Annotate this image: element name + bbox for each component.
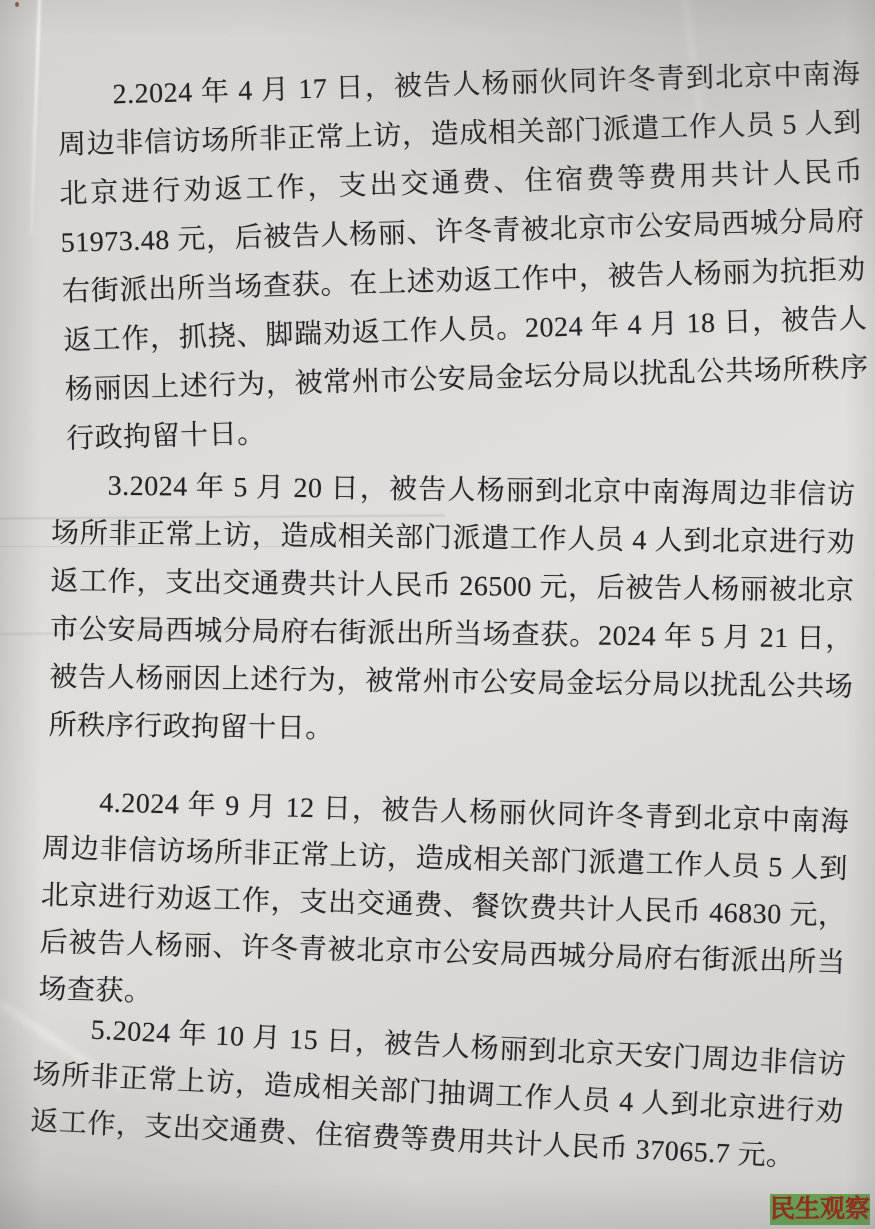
paper-crease-vertical <box>30 0 41 236</box>
ink-speck <box>15 2 19 7</box>
paragraph-item-2: 2.2024 年 4 月 17 日，被告人杨丽伙同许冬青到北京中南海周边非信访场… <box>56 50 871 464</box>
text-line: 所秩序行政拘留十日。 <box>48 702 853 760</box>
document-photo: 2.2024 年 4 月 17 日，被告人杨丽伙同许冬青到北京中南海周边非信访场… <box>0 0 875 1229</box>
paragraph-item-3: 3.2024 年 5 月 20 日，被告人杨丽到北京中南海周边非信访场所非正常上… <box>48 462 855 760</box>
watermark-minsheng-guancha: 民生观察 <box>770 1194 870 1225</box>
paragraph-item-4: 4.2024 年 9 月 12 日，被告人杨丽伙同许冬青到北京中南海周边非信访场… <box>38 778 850 1034</box>
